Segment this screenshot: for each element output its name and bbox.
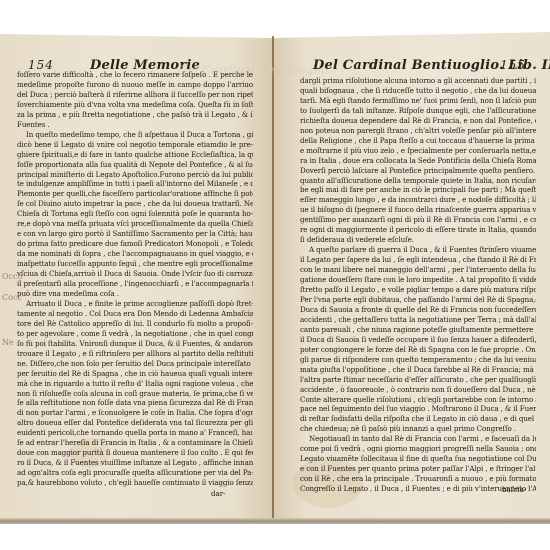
text-line: foſſe proportionata alla ſua qualità di … [17, 160, 253, 170]
text-line: re ogni di maggiormente il pericolo di e… [300, 225, 536, 235]
text-line: doue con maggior purità ſi doueua manten… [17, 448, 253, 458]
left-body-text: foſſero varie difficoltà , che lo fecero… [17, 70, 253, 488]
marginal-note: Ne [2, 338, 14, 348]
text-line: come poi ſi vedrà , ogni giorno maggiori… [300, 444, 536, 454]
text-line: per ſeruitio del Rè di Spagna , che in c… [17, 369, 253, 379]
text-line: In queſto medeſimo tempo, che ſi aſpetta… [17, 130, 253, 140]
text-line: dargli prima riſolutione alcuna intorno … [300, 76, 536, 86]
text-line: mà che in riguardo a tutto il reſto d' I… [17, 379, 253, 389]
right-running-head: 155 [500, 54, 526, 73]
right-catchword: baſcia- [502, 485, 526, 494]
page-edges [0, 518, 550, 524]
text-line: eſſer maneggio lungo , e da incontrarci … [300, 195, 536, 205]
text-line: il Legato per ſapere da lui , ſe egli in… [300, 255, 536, 265]
text-line: l'altra parte ſtimar neceſſario d'eſſer … [300, 375, 536, 385]
text-line: ſe col Diuino aiuto impetrar la pace , c… [17, 199, 253, 209]
text-line: tamente al negotio . Col Duca era Don Me… [17, 309, 253, 319]
marginal-note: Cocc [2, 293, 22, 303]
text-line: euidenti pericoli,che tornando quella po… [17, 428, 253, 438]
text-line: tarſi. Mà egli ſtando fermiſſimo ne' ſuo… [300, 96, 536, 106]
text-line: con il Rè , che era la principale . Trou… [300, 474, 536, 484]
text-line: accidenti , che gettaſſero tutta la nego… [300, 315, 536, 325]
text-line: pace nel ſeguimento del ſuo viaggio . Mo… [300, 404, 536, 414]
text-line: ſe ad entrar l'hereſia di Francia in Ita… [17, 438, 253, 448]
text-line: medeſime propoſte furono di nuouo meſſe … [17, 80, 253, 90]
text-line: non poteua non parergli ſtrano , ch'altr… [300, 126, 536, 136]
text-line: gli parue di riſpondere con queſto tempe… [300, 355, 536, 365]
text-line: e moſtrarne il più viuo zelo , e ſpecial… [300, 146, 536, 156]
text-line: trouare il Legato , e ſi riſtrinſero per… [17, 349, 253, 359]
text-line: ne. Diſſero,che non ſolo per ſeruitio de… [17, 359, 253, 369]
text-line: quanto all'aſſicuratione della temporale… [300, 176, 536, 186]
text-line: canto pareuali , che niuna ragione poteſ… [300, 325, 536, 335]
text-line: to ſuolgerſi da tali inſtanze. Riſpoſe d… [300, 106, 536, 116]
text-line: te indulgenze ampliſſime in tutti i paeſ… [17, 179, 253, 189]
text-line: Conte alterare quelle riſolutioni , ch'e… [300, 395, 536, 405]
text-line: vſciua di Chieſa,arriuò il Duca di Sauoi… [17, 269, 253, 279]
text-line: do prima fatto predicare due famoſi Pred… [17, 239, 253, 249]
text-line: poter congiongere le forze del Rè di Spa… [300, 345, 536, 355]
text-line: ro il Duca, & il Fuentes viuiſſime inſta… [17, 458, 253, 468]
text-line: re,e dopò vna meſſa priuata vſcì proceſſ… [17, 219, 253, 229]
text-line: Arriuato il Duca , e finite le prime acc… [17, 299, 253, 309]
text-line: gatione doueſſero ſtare con le loro impe… [300, 275, 536, 285]
text-line: da me nominati di ſopra , che l'accompag… [17, 249, 253, 259]
text-line: ſo fù poi ſtabilita. Vnironſi dunque il … [17, 339, 253, 349]
text-line: che chiedeua; nè ſi paſsò più innanzi a … [300, 424, 536, 434]
text-line: può dire vna medeſima coſa . [17, 289, 253, 299]
text-line: Fuentes . [17, 120, 253, 130]
text-line: il Duca di Sauoia ſi vedeſſe occupare il… [300, 335, 536, 345]
marginal-note: Occo [2, 272, 22, 282]
text-line: Duca di Sauoia a fronte di quelle del Rè… [300, 305, 536, 315]
text-line: Negotiauaſi in tanto dal Rè di Francia c… [300, 434, 536, 444]
text-line: ghiere ſpirituali,e di fare in tanto qua… [17, 150, 253, 160]
text-line: dicò bene il Legato di vnire col negotio… [17, 140, 253, 150]
text-line: Piemonte per quelli,che faceſſero partic… [17, 189, 253, 199]
text-line: gentiſſimo per auanzarſi ogni di più il … [300, 215, 536, 225]
book-spine [272, 36, 274, 524]
text-line: quali biſognaua , che ſi riduceſſe tutto… [300, 86, 536, 96]
text-line: A queſto parlare di guerra il Duca , & i… [300, 245, 536, 255]
text-line: ue il biſogno di ſpegnere il fuoco della… [300, 205, 536, 215]
text-line: non ſi riſolueſſe coſa alcuna in coſì gr… [17, 389, 253, 399]
text-line: ad ogn'altra coſa egli procuraſſe queſta… [17, 468, 253, 478]
text-line: del Duca ; perciò baſterà il riferirne a… [17, 90, 253, 100]
book-photo: 154 Delle Memorie Del Cardinal Bentiuogl… [0, 0, 550, 550]
text-line: ra in Italia , doue era collocata la Sed… [300, 156, 536, 166]
text-line: richieſta doueua dependere dal Rè di Fra… [300, 116, 536, 126]
text-line: Legato viuamẽte ſollecitaua il fine di q… [300, 454, 536, 464]
text-line: be egli mai di fare per anche in ciò le … [300, 185, 536, 195]
text-line: di non portar l'armi , e ſconuolgere le … [17, 408, 253, 418]
text-line: principal miniſterio di Legato Apoſtolic… [17, 170, 253, 180]
text-line: Per l'vna parte egli dubitaua, che paſſa… [300, 295, 536, 305]
text-line: Doverſi perciò laſciare al Pontefice pri… [300, 166, 536, 176]
left-catchword: dar- [211, 489, 226, 498]
text-line: foſſero varie difficoltà , che lo fecero… [17, 70, 253, 80]
text-line: mata giuſta l'oppoſitione , che il Duca … [300, 365, 536, 375]
text-line: inaſpettato ſucceſſo appunto ſeguì , che… [17, 259, 253, 269]
text-line: della Religione , che il Papa ſteſſo a c… [300, 136, 536, 146]
text-line: ſoverchiamente più d'vna volta vna medeſ… [17, 100, 253, 110]
right-folio: 155 [500, 58, 526, 72]
text-line: di reſtar ſodisfatti della riſpoſta che … [300, 414, 536, 424]
text-line: ſi deſideraua di vederele eſcluſe. [300, 235, 536, 245]
text-line: e con il Fuentes per quanto prima poter … [300, 464, 536, 474]
text-line: altro doueua eſſer dal Pontefice deſider… [17, 418, 253, 428]
text-line: ſe alla reſtitutione non foſſe data vna … [17, 398, 253, 408]
text-line: tore del Rè Cattolico appreſſo di lui. I… [17, 319, 253, 329]
text-line: Congreſſo il Legato , il Duca , il Fuent… [300, 484, 536, 494]
right-body-text: dargli prima riſolutione alcuna intorno … [300, 76, 536, 494]
text-line: Chieſa di Tortona egli ſteſſo con ogni ſ… [17, 209, 253, 219]
text-line: pa,& haurebbono voluto , ch'egli haueſſe… [17, 478, 253, 488]
text-line: za la prima , e più ſtretta negotiatione… [17, 110, 253, 120]
text-line: accidente , ò fauoreuole , ò contrario n… [300, 385, 536, 395]
text-line: con le mani libere nel maneggio dell'arm… [300, 265, 536, 275]
text-line: ſtretto paſſo il Legato , e volle piglia… [300, 285, 536, 295]
text-line: to per agevolare , come ſi vedrà , la ne… [17, 329, 253, 339]
text-line: e con vn largo giro portò il Santiſſimo … [17, 229, 253, 239]
text-line: il preſentarſi alla proceſſione , l'inge… [17, 279, 253, 289]
